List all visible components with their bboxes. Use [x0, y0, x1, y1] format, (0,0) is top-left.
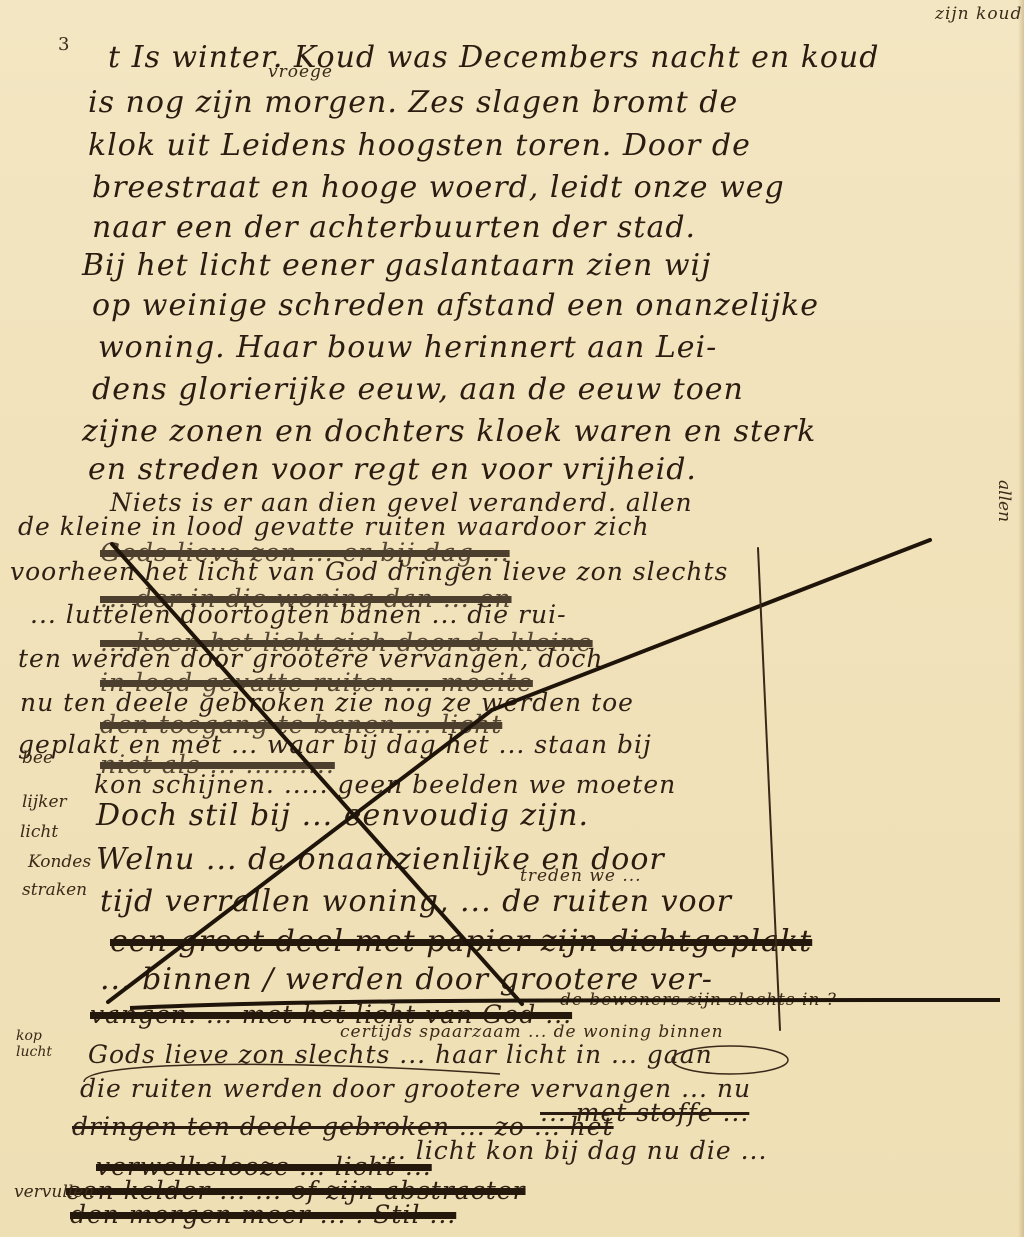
revised-line-17-insert: treden we ... — [520, 866, 642, 886]
manuscript-line-10: zijne zonen en dochters kloek waren en s… — [82, 414, 816, 449]
revised-line-31-struck: den morgen meer ... . Stil ... — [70, 1200, 456, 1229]
margin-note-bee: bee — [22, 748, 53, 768]
margin-note-licht: licht — [20, 822, 58, 842]
margin-note-lijker: lijker — [22, 792, 67, 812]
revised-line-2: de kleine in lood gevatte ruiten waardoo… — [18, 512, 650, 541]
margin-note-vervullen: vervullen — [14, 1182, 94, 1202]
margin-note-kondes: Kondes — [28, 852, 91, 872]
manuscript-line-6: Bij het licht eener gaslantaarn zien wij — [82, 248, 711, 283]
revised-line-18: tijd verrallen woning, ... de ruiten voo… — [100, 884, 732, 919]
manuscript-line-3: klok uit Leidens hoogsten toren. Door de — [88, 128, 751, 163]
revised-line-14: kon schijnen. ..... geen beelden we moet… — [94, 770, 676, 799]
manuscript-line-5: naar een der achterbuurten der stad. — [92, 210, 696, 245]
manuscript-line-1: t Is winter. Koud was Decembers nacht en… — [108, 40, 879, 75]
margin-note-allen: allen — [994, 480, 1014, 522]
revised-line-15: Doch stil bij ... eenvoudig zijn. — [96, 798, 589, 833]
revised-line-4: voorheen het licht van God dringen lieve… — [10, 557, 728, 586]
manuscript-line-4: breestraat en hooge woerd, leidt onze we… — [92, 170, 785, 205]
revised-line-19-struck: een groot deel met papier zijn dichtgepl… — [110, 924, 812, 959]
manuscript-line-8: woning. Haar bouw herinnert aan Lei- — [98, 330, 717, 365]
manuscript-line-2: is nog zijn morgen. Zes slagen bromt de — [88, 85, 738, 120]
revised-line-28: ... licht kon bij dag nu die ... — [380, 1136, 767, 1165]
manuscript-line-9: dens glorierijke eeuw, aan de eeuw toen — [92, 372, 744, 407]
insertion-vroege: vroege — [268, 62, 333, 82]
page-number: 3 — [58, 34, 69, 55]
manuscript-line-11: en streden voor regt en voor vrijheid. — [88, 452, 697, 487]
page-edge — [1018, 0, 1024, 1237]
manuscript-line-7: op weinige schreden afstand een onanzeli… — [92, 288, 819, 323]
revised-line-6: ... luttelen doortogten banen ... die ru… — [30, 600, 567, 629]
revised-line-21-insert: de bewoners zijn slechts in ? — [560, 990, 837, 1010]
margin-note-straken: straken — [22, 880, 87, 900]
margin-note-kop-lucht: kop lucht — [16, 1028, 56, 1060]
revised-line-23-insert: certijds spaarzaam ... de woning binnen — [340, 1022, 724, 1042]
manuscript-page: 3 t Is winter. Koud was Decembers nacht … — [0, 0, 1024, 1237]
insertion-zijn-koud: zijn koud — [935, 4, 1022, 24]
revised-line-24: Gods lieve zon slechts ... haar licht in… — [88, 1040, 713, 1069]
